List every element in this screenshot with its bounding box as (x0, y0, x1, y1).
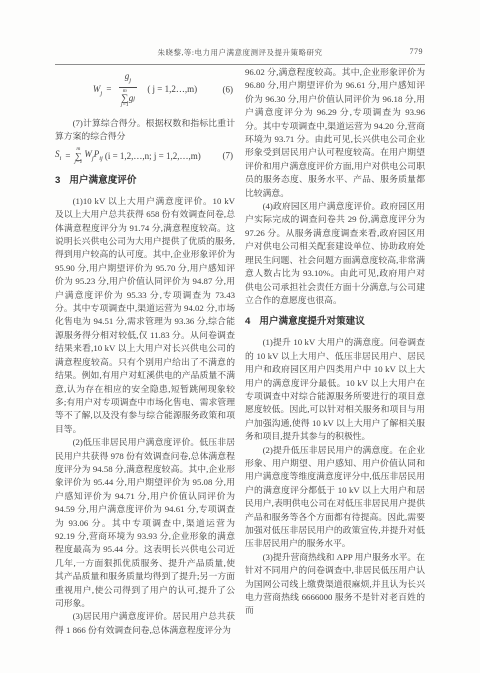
equation-6-body: Wj = gj m ∑ j=1 gj (93, 71, 197, 109)
section-title: 用户满意度提升对策建议 (259, 316, 365, 328)
equation-6-tag: (6) (223, 83, 234, 96)
paragraph-suggestion-1: (1)提升 10 kV 大用户的满意度。问卷调查的 10 kV 以上大用户、低压… (245, 336, 425, 443)
paragraph-eval-1: (1)10 kV 以上大用户满意度评价。10 kV 及以上大用户总共获得 658… (55, 195, 235, 436)
equation-7-tag: (7) (223, 150, 234, 163)
intro-paragraph: (7)计算综合得分。根据权数和指标比重计算方案的综合得分 (55, 117, 235, 144)
section-3-heading: 3 用户满意度评价 (55, 175, 235, 187)
equation-7-body: Si = m ∑ j=1 WjPij (i = 1,2,…,n; j = 1,2… (55, 147, 201, 166)
equation-6: Wj = gj m ∑ j=1 gj (55, 70, 235, 110)
eq7-condition: (i = 1,2,…,n; j = 1,2,…,m) (105, 150, 201, 163)
paragraph-eval-4: (4)政府园区用户满意度评价。政府园区用户实际完成的调查问卷共 29 份,满意度… (245, 200, 425, 307)
page-number: 779 (410, 47, 424, 56)
sum-operator: m ∑ j=1 (74, 147, 82, 166)
paragraph-suggestion-3-start: (3)提升营商热线和 APP 用户服务水平。在针对不同用户的问卷调查中,非居民低… (245, 551, 425, 618)
right-column: 96.02 分,满意程度较高。其中,企业形象评价为 96.80 分,用户期望评价… (245, 66, 425, 637)
paragraph-suggestion-2: (2)提升低压非居民用户的满意度。在企业形象、用户期望、用户感知、用户价值认同和… (245, 444, 425, 551)
equation-7: Si = m ∑ j=1 WjPij (i = 1,2,…,n; j = 1,2… (55, 147, 235, 166)
section-number: 4 (245, 316, 250, 328)
sum-operator: m ∑ j=1 (121, 89, 129, 109)
paragraph-eval-2: (2)低压非居民用户满意度评价。低压非居民用户共获得 978 份有效调查问卷,总… (55, 436, 235, 610)
running-header: 朱晓黎,等:电力用户满意度测评及提升策略研究 779 (55, 47, 425, 65)
two-column-layout: Wj = gj m ∑ j=1 gj (55, 66, 425, 637)
paragraph-eval-3-continued: 96.02 分,满意程度较高。其中,企业形象评价为 96.80 分,用户期望评价… (245, 66, 425, 200)
paragraph-eval-3-start: (3)居民用户满意度评价。居民用户总共获得 1 866 份有效调查问卷,总体满意… (55, 610, 235, 637)
running-title: 朱晓黎,等:电力用户满意度测评及提升策略研究 (55, 47, 425, 58)
section-4-heading: 4 用户满意度提升对策建议 (245, 316, 425, 328)
fraction-numerator: gj (119, 71, 137, 88)
section-number: 3 (55, 175, 60, 187)
left-column: Wj = gj m ∑ j=1 gj (55, 66, 235, 637)
fraction: gj m ∑ j=1 gj (119, 71, 137, 109)
paper-page: 朱晓黎,等:电力用户满意度测评及提升策略研究 779 Wj = gj m (0, 0, 480, 673)
section-title: 用户满意度评价 (69, 175, 136, 187)
eq6-condition: ( j = 1,2…,m) (147, 84, 197, 94)
fraction-denominator: m ∑ j=1 gj (121, 88, 135, 109)
